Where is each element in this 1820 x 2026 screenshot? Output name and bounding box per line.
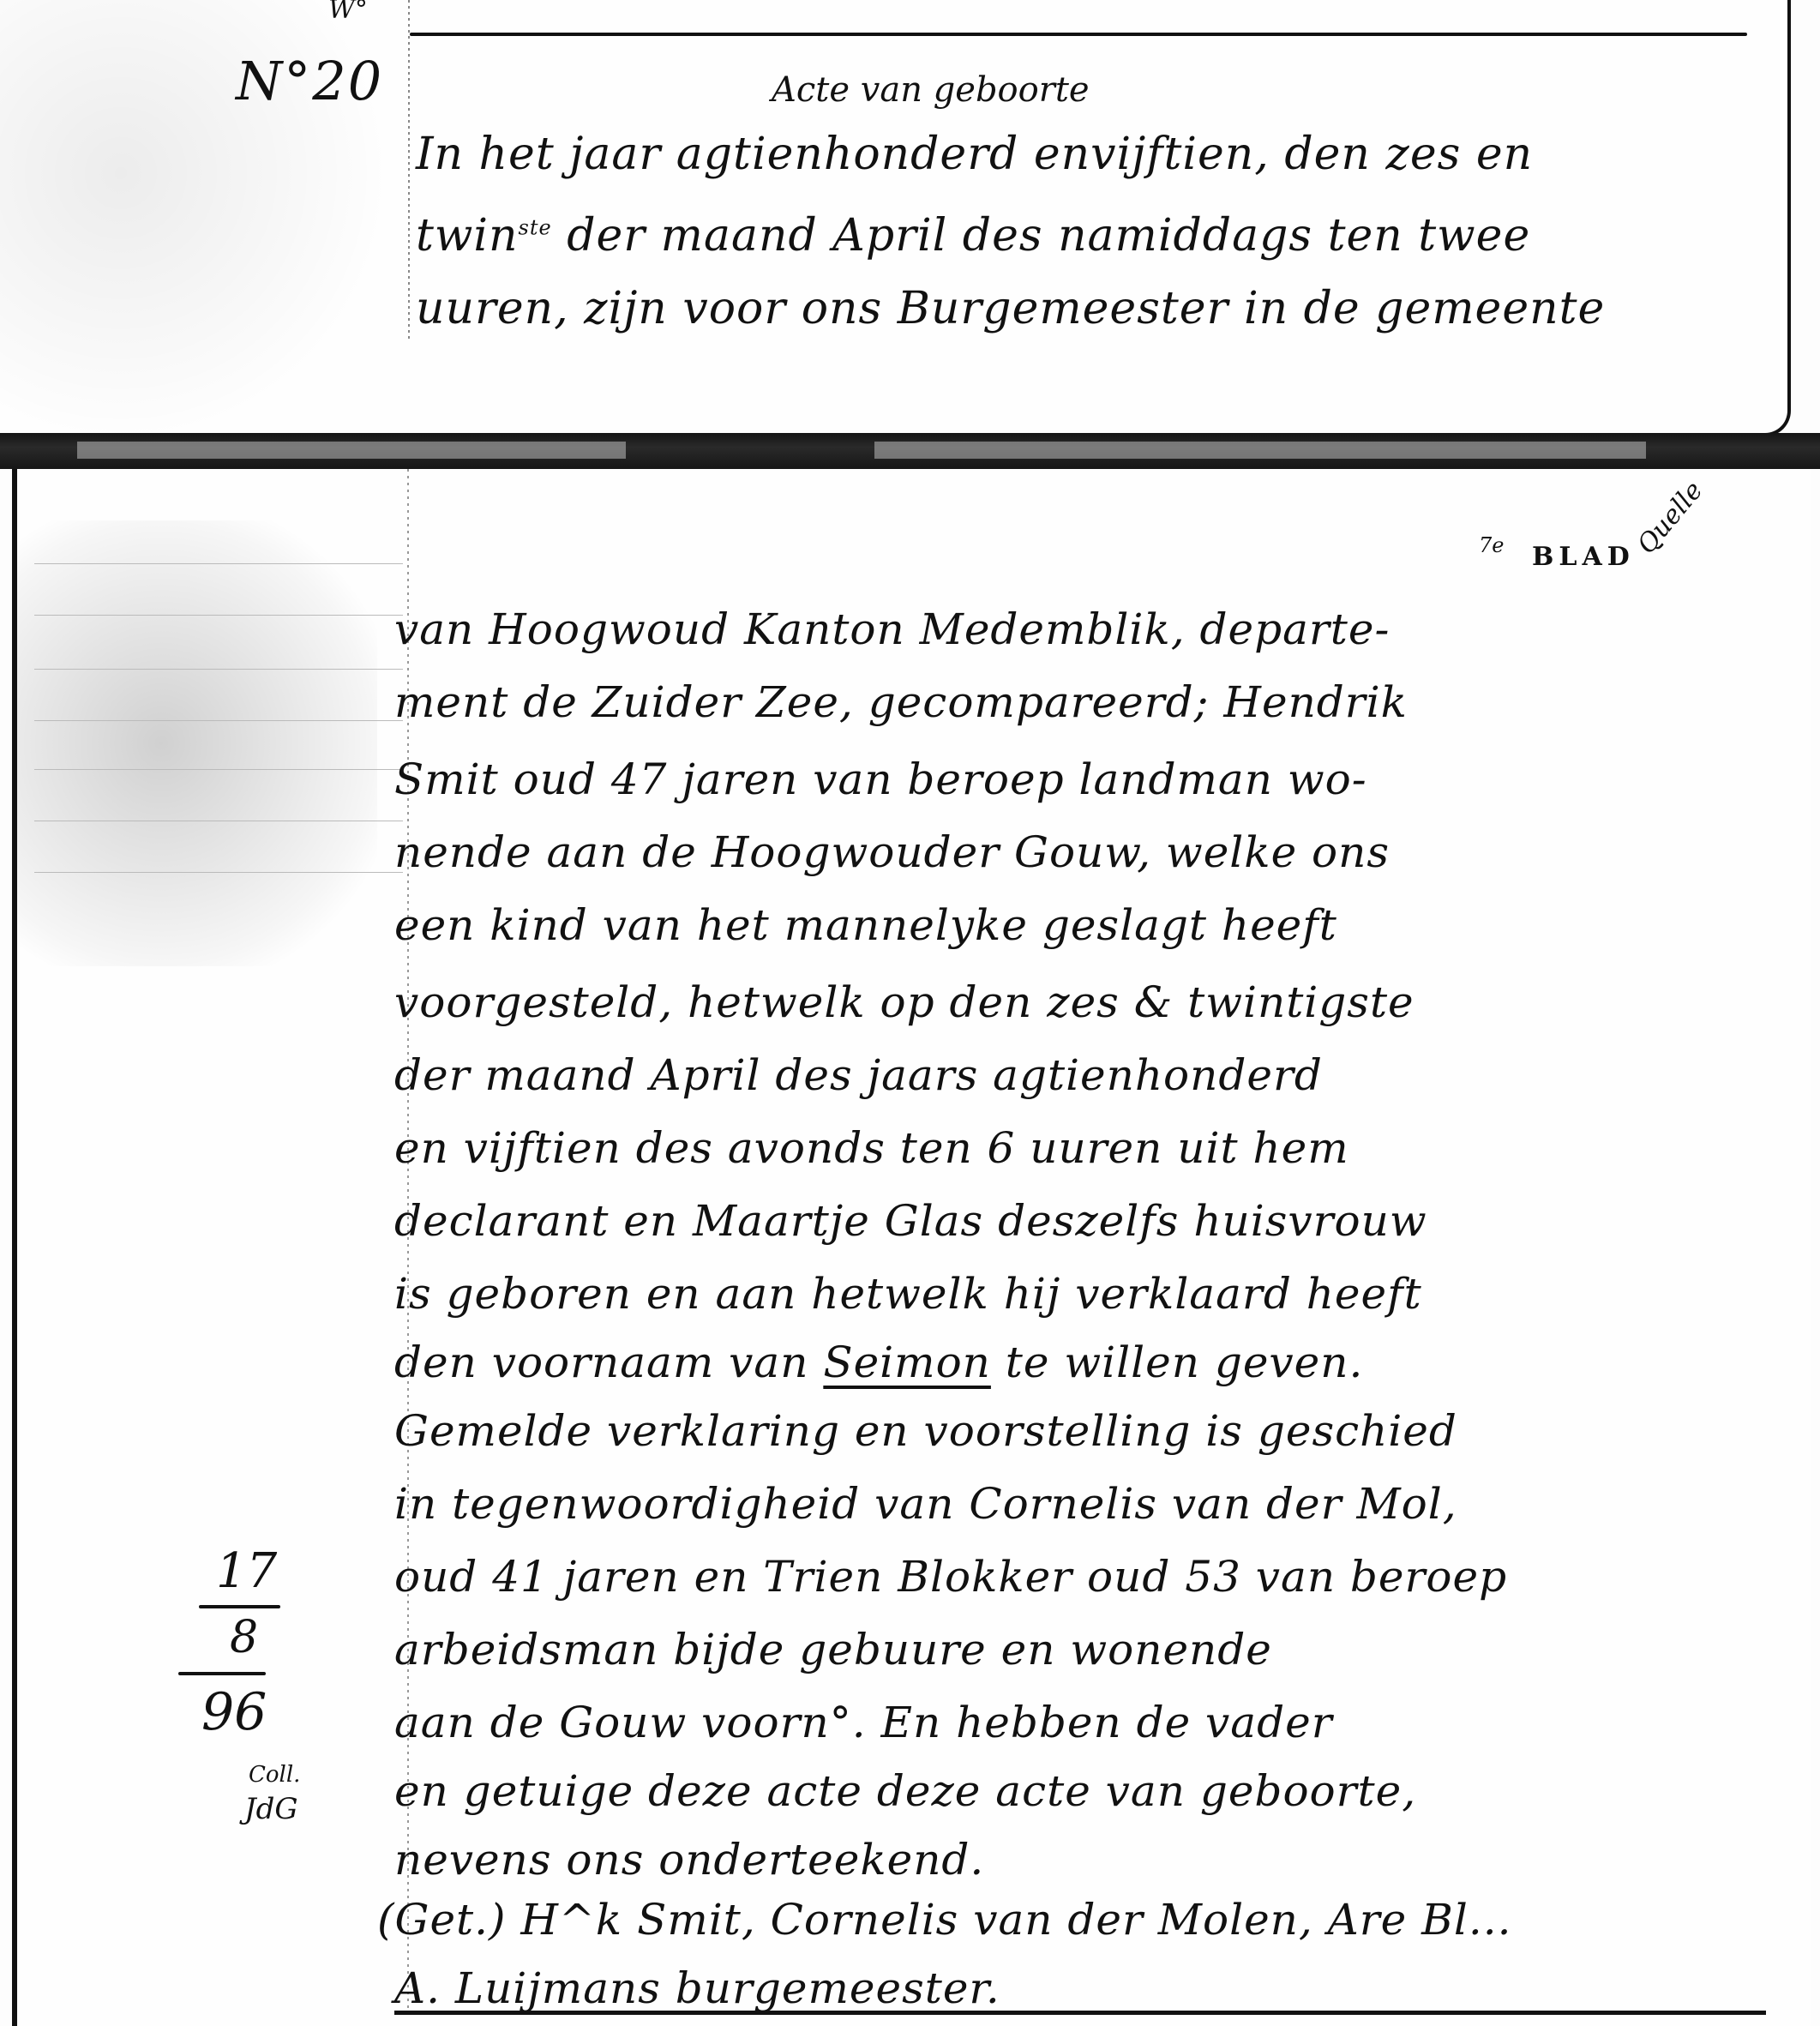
margin-date-month: 8 [230, 1612, 258, 1663]
body-line-18: nevens ons onderteekend. [394, 1835, 984, 1885]
body-line-5: een kind van het mannelyke geslagt heeft [394, 900, 1337, 950]
body-line-7: der maand April des jaars agtienhonderd [394, 1050, 1323, 1100]
band-highlight [77, 442, 626, 459]
faint-ruled-line [34, 720, 403, 721]
act-number: N°20 [236, 50, 383, 112]
body-line-1: van Hoogwoud Kanton Medemblik, departe- [394, 604, 1390, 654]
faint-ruled-line [34, 769, 403, 770]
scanned-document: W° N°20 Acte van geboorte In het jaar ag… [0, 0, 1820, 2026]
fraction-line [199, 1605, 280, 1608]
margin-date-year: 96 [201, 1682, 267, 1742]
line-2-rest: der maand April des namiddags ten twee [552, 210, 1531, 262]
upper-line-3: uuren, zijn voor ons Burgemeester in de … [416, 283, 1605, 334]
fraction-line [178, 1672, 266, 1675]
faint-ruled-line [34, 563, 403, 564]
body-line-8: en vijftien des avonds ten 6 uuren uit h… [394, 1123, 1349, 1173]
body-line-17: en getuige deze acte deze acte van geboo… [394, 1766, 1416, 1816]
body-line-16: aan de Gouw voorn°. En hebben de vader [394, 1698, 1333, 1747]
ordinal-superscript: ste [519, 216, 552, 240]
body-line-6: voorgesteld, hetwelk op den zes & twinti… [394, 977, 1415, 1027]
collated-note: Coll. [249, 1762, 300, 1788]
body-line-15: arbeidsman bijde gebuure en wonende [394, 1625, 1272, 1674]
name-line-after: te willen geven. [991, 1338, 1363, 1387]
paper-stain [17, 520, 377, 966]
body-line-10: is geboren en aan hetwelk hij verklaard … [394, 1269, 1422, 1319]
body-line-14: oud 41 jaren en Trien Blokker oud 53 van… [394, 1552, 1507, 1602]
upper-page: W° N°20 Acte van geboorte In het jaar ag… [0, 0, 1791, 436]
faint-ruled-line [34, 669, 403, 670]
act-title: Acte van geboorte [772, 70, 1090, 110]
sheet-mark: 7e [1479, 533, 1504, 557]
top-ruled-line [410, 33, 1747, 36]
body-line-12: Gemelde verklaring en voorstelling is ge… [394, 1406, 1457, 1456]
body-line-11: den voornaam van Seimon te willen geven. [394, 1338, 1363, 1387]
margin-line [408, 0, 410, 339]
body-line-3: Smit oud 47 jaren van beroep landman wo- [394, 754, 1367, 804]
faint-ruled-line [34, 615, 403, 616]
collated-initials: JdG [244, 1792, 298, 1826]
faint-ruled-line [34, 872, 403, 873]
upper-line-1: In het jaar agtienhonderd envijftien, de… [416, 129, 1533, 180]
name-line-before: den voornaam van [394, 1338, 823, 1387]
signatures-line: (Get.) H^k Smit, Cornelis van der Molen,… [377, 1895, 1512, 1945]
body-line-2: ment de Zuider Zee, gecompareerd; Hendri… [394, 677, 1408, 727]
faint-ruled-line [34, 821, 403, 821]
line-2-prefix: twin [416, 210, 519, 262]
upper-line-2: twinste der maand April des namiddags te… [416, 210, 1530, 262]
mayor-signature: A. Luijmans burgemeester. [394, 1963, 1000, 2013]
child-given-name: Seimon [823, 1338, 991, 1387]
body-line-13: in tegenwoordigheid van Cornelis van der… [394, 1479, 1457, 1529]
bottom-ruled-line [394, 2011, 1766, 2015]
body-line-9: declarant en Maartje Glas deszelfs huisv… [394, 1196, 1427, 1246]
sheet-label: BLAD [1532, 542, 1635, 572]
body-line-4: nende aan de Hoogwouder Gouw, welke ons [394, 827, 1390, 877]
band-highlight [874, 442, 1646, 459]
top-fragment-text: W° [328, 0, 368, 25]
margin-date-day: 17 [216, 1543, 277, 1599]
